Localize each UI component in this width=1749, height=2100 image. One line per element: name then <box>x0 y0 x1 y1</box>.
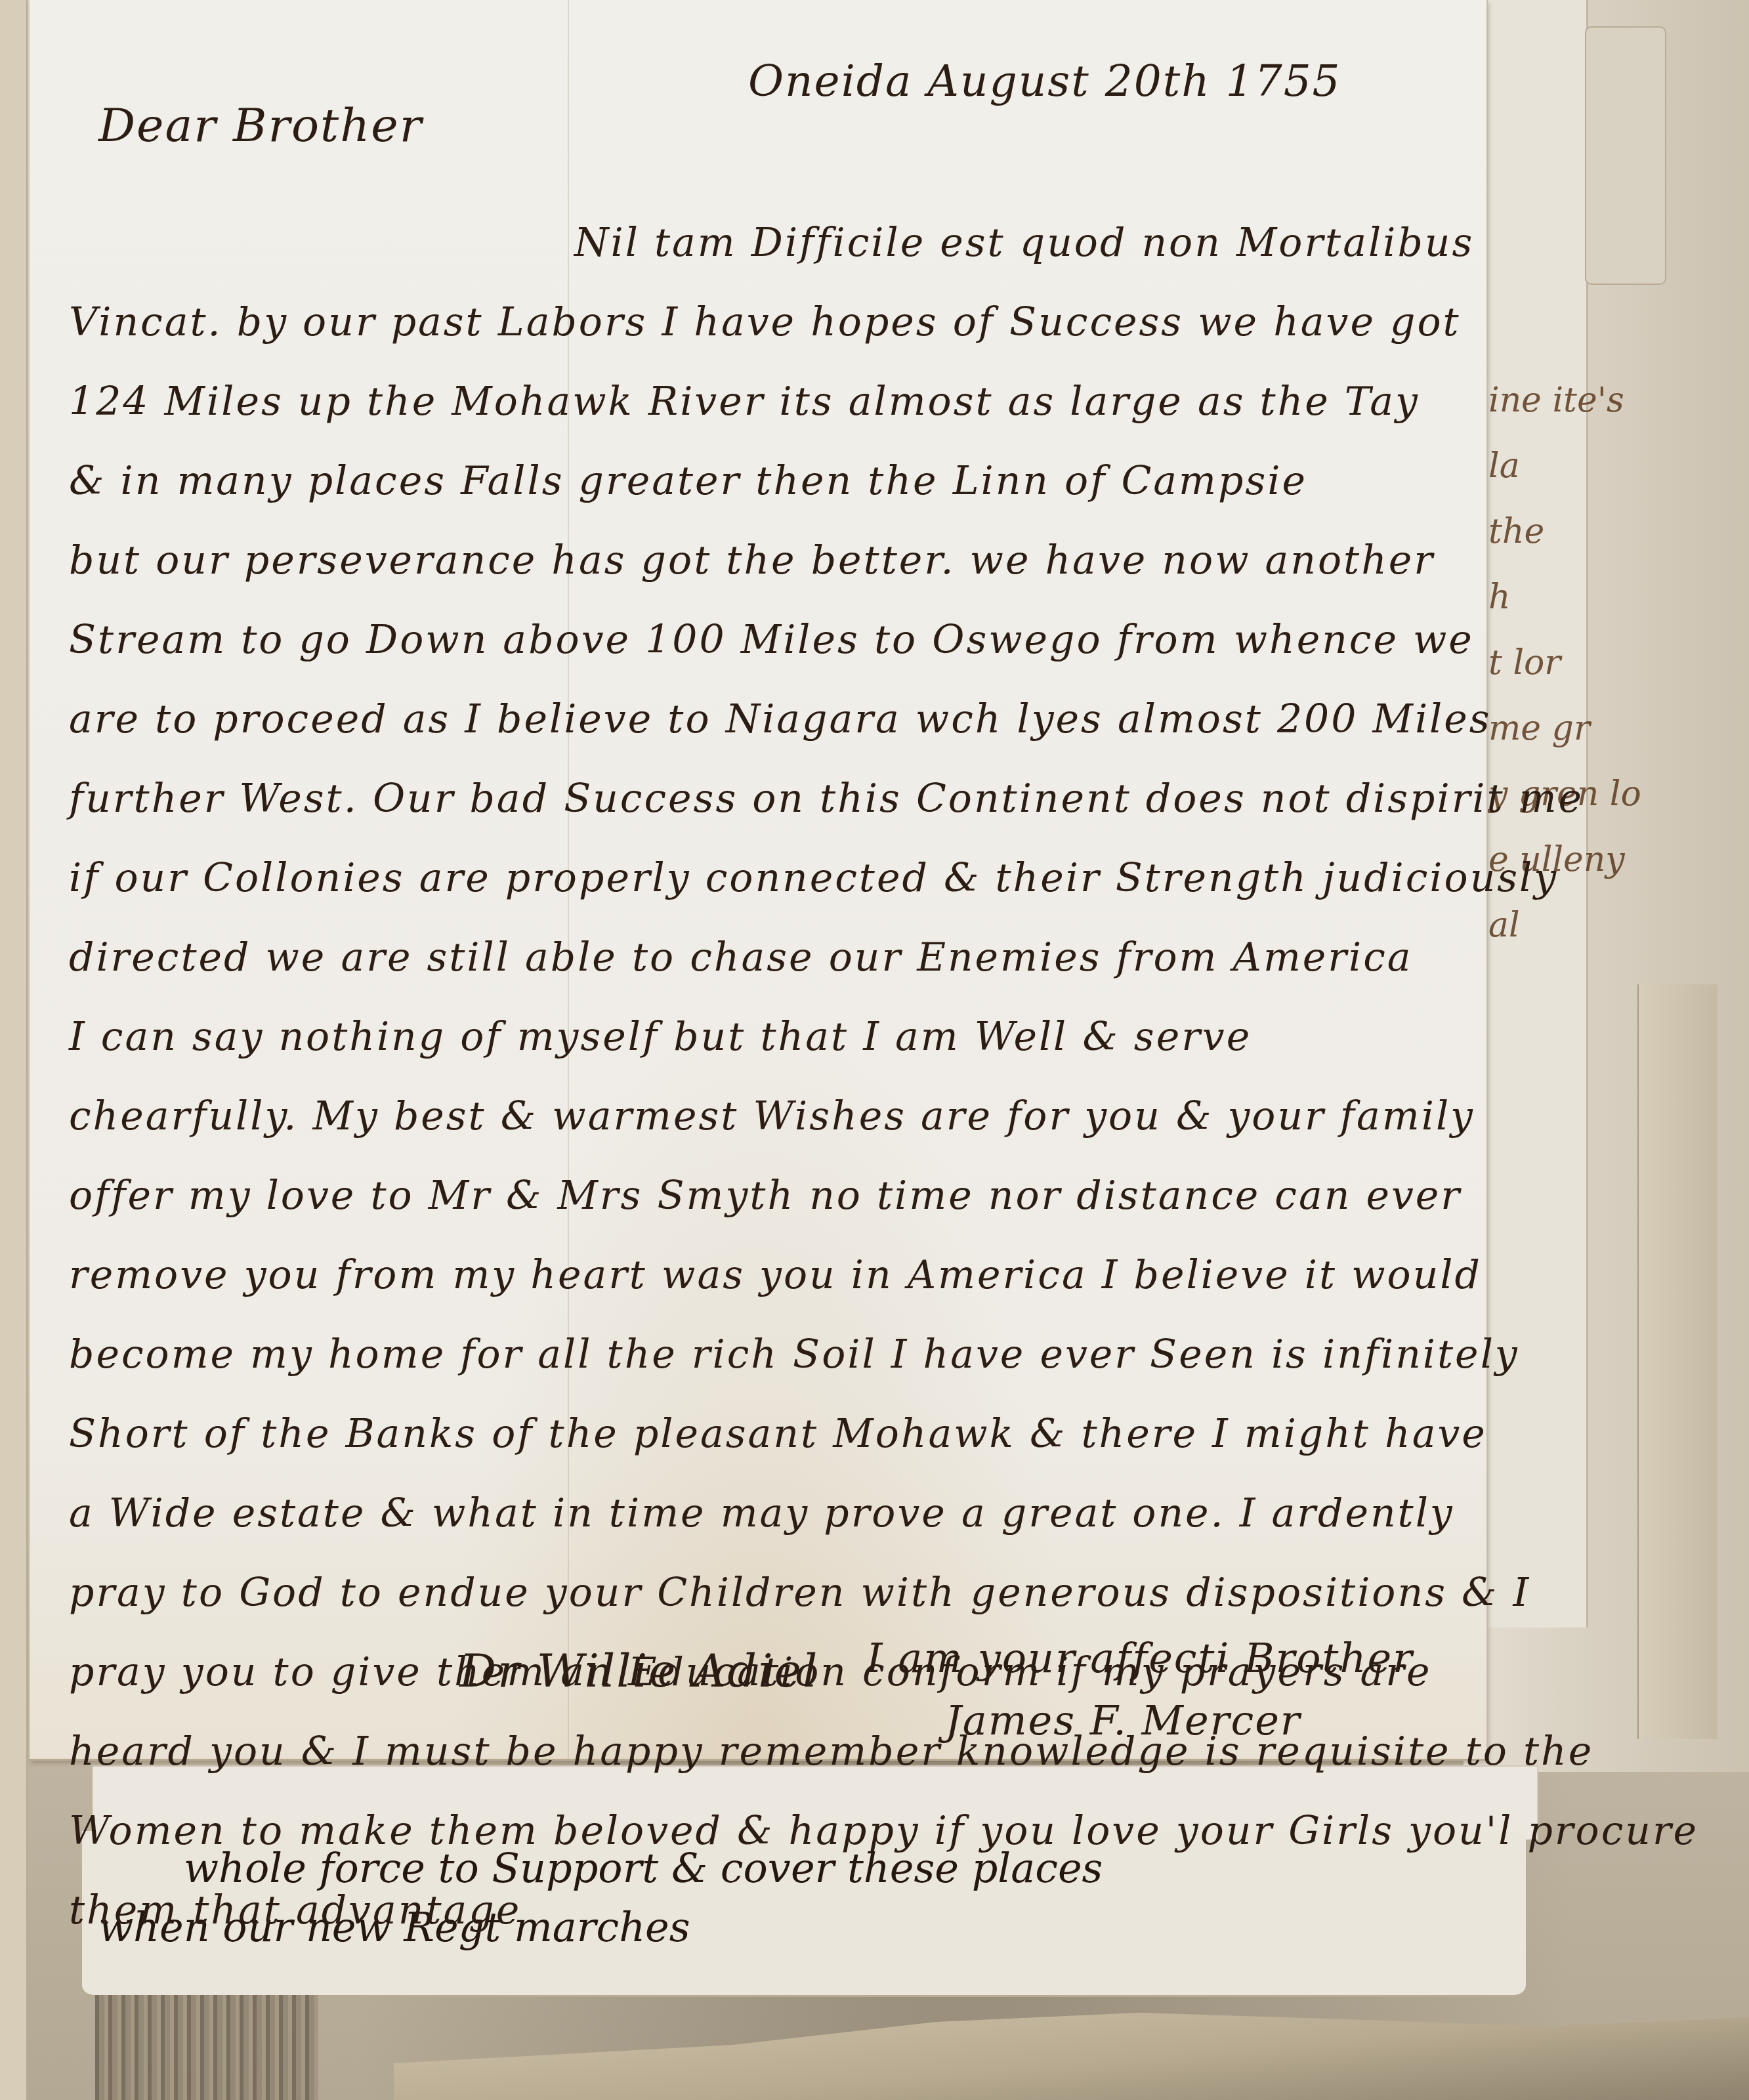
body-line: chearfully. My best & warmest Wishes are… <box>69 1083 1447 1163</box>
body-line: further West. Our bad Success on this Co… <box>69 766 1447 845</box>
fragment-line: ine ite's <box>1488 367 1685 433</box>
body-line: a Wide estate & what in time may prove a… <box>69 1480 1447 1560</box>
body-line: Nil tam Difficile est quod non Mortalibu… <box>69 210 1447 289</box>
fragment-line: t lor <box>1488 630 1685 696</box>
fragment-line: h <box>1488 564 1685 630</box>
fragment-line: la <box>1488 433 1685 499</box>
addressee: Dr Willie Adiel <box>459 1644 818 1698</box>
body-line: & in many places Falls greater then the … <box>69 448 1447 528</box>
right-sheet-tab <box>1585 26 1666 285</box>
body-line: directed we are still able to chase our … <box>69 925 1447 1004</box>
body-line: become my home for all the rich Soil I h… <box>69 1322 1447 1401</box>
body-line: Short of the Banks of the pleasant Mohaw… <box>69 1401 1447 1480</box>
body-line: I can say nothing of myself but that I a… <box>69 1004 1447 1083</box>
salutation: Dear Brother <box>98 98 423 152</box>
dateline: Oneida August 20th 1755 <box>748 56 1341 106</box>
body-line: are to proceed as I believe to Niagara w… <box>69 686 1447 766</box>
signature: James F. Mercer <box>945 1696 1301 1744</box>
body-line: offer my love to Mr & Mrs Smyth no time … <box>69 1163 1447 1242</box>
body-line: if our Collonies are properly connected … <box>69 845 1447 925</box>
body-line: but our perseverance has got the better.… <box>69 528 1447 607</box>
left-paper-edge <box>0 0 28 2100</box>
body-line: Stream to go Down above 100 Miles to Osw… <box>69 607 1447 686</box>
fragment-line: me gr <box>1488 696 1685 761</box>
body-line: remove you from my heart was you in Amer… <box>69 1242 1447 1322</box>
bound-page-edges <box>95 1995 318 2100</box>
body-line: 124 Miles up the Mohawk River its almost… <box>69 369 1447 448</box>
closing: I am your affecti Brother <box>866 1634 1414 1682</box>
body-line: Vincat. by our past Labors I have hopes … <box>69 289 1447 369</box>
body-line: them that advantage <box>69 1878 1447 1957</box>
body-line: pray to God to endue your Children with … <box>69 1560 1447 1639</box>
fragment-line: the <box>1488 499 1685 564</box>
fragment-line: al <box>1488 892 1685 958</box>
right-sheet-crumpled <box>1637 984 1717 1739</box>
body-line: Women to make them beloved & happy if yo… <box>69 1798 1447 1878</box>
